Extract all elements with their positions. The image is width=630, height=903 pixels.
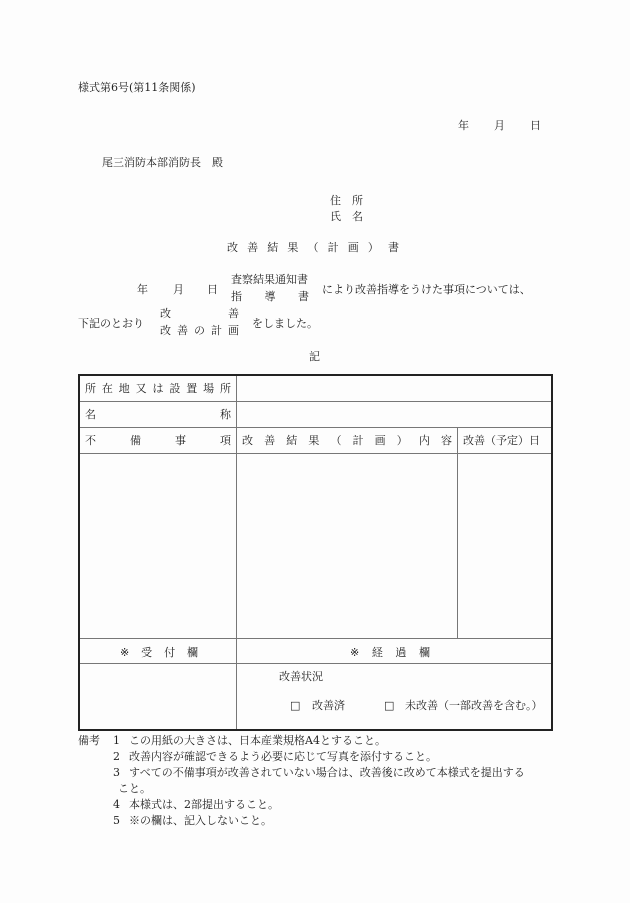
reception-header: ※受付欄 <box>120 647 198 658</box>
address-label: 住 所 <box>330 195 363 206</box>
name-field[interactable] <box>242 409 547 423</box>
row-divider <box>80 401 551 402</box>
name-label: 名称 <box>85 409 231 420</box>
remark-item: 5 ※の欄は、記入しないこと。 <box>78 813 525 829</box>
row-divider <box>80 427 551 428</box>
body-date-year: 年 <box>137 284 148 295</box>
addressee: 尾三消防本部消防長 殿 <box>102 157 223 168</box>
name-label: 氏 名 <box>330 211 363 222</box>
remark-item-continuation: こと。 <box>78 781 525 797</box>
report-table: 所在地又は設置場所 名称 不備事項 改善結果（計画）内容 改善（予定）日 ※受付… <box>78 374 553 731</box>
defects-field[interactable] <box>81 455 235 637</box>
body-date-month: 月 <box>173 284 184 295</box>
action-option-improvement: 改善 <box>160 308 239 319</box>
sentence-1-rest: により改善指導をうけた事項については、 <box>322 284 531 295</box>
col-header-result: 改善結果（計画）内容 <box>242 435 452 446</box>
remarks-section: 備考 1 この用紙の大きさは、日本産業規格A4とすること。 2 改善内容が確認で… <box>78 733 525 829</box>
ki-heading: 記 <box>309 351 320 362</box>
col-divider <box>457 427 458 638</box>
row-divider <box>80 638 551 639</box>
doc-type-option-inspection: 査察結果通知書 <box>231 274 308 285</box>
location-label: 所在地又は設置場所 <box>85 383 231 394</box>
date-field[interactable] <box>459 455 550 637</box>
checkbox-improved[interactable]: □ <box>290 700 300 711</box>
document-title: 改善結果（計画）書 <box>227 242 399 253</box>
body-date-day: 日 <box>207 284 218 295</box>
location-field[interactable] <box>242 383 547 397</box>
remark-item: 備考 1 この用紙の大きさは、日本産業規格A4とすること。 <box>78 733 525 749</box>
action-option-plan: 改善の計画 <box>160 325 239 336</box>
result-field[interactable] <box>238 455 456 637</box>
option-not-improved-label: 未改善（一部改善を含む。） <box>405 700 543 711</box>
improvement-status-label: 改善状況 <box>279 671 323 682</box>
col-header-defects: 不備事項 <box>85 435 231 446</box>
sentence-2-start: 下記のとおり <box>78 318 144 329</box>
date-day-label: 日 <box>530 120 541 131</box>
col-divider <box>236 376 237 729</box>
remark-item: 4 本様式は、2部提出すること。 <box>78 797 525 813</box>
doc-type-option-guidance: 指導書 <box>231 291 309 302</box>
option-improved-label: 改善済 <box>312 700 345 711</box>
progress-header: ※経過欄 <box>350 647 430 658</box>
row-divider <box>80 453 551 454</box>
date-year-label: 年 <box>458 120 469 131</box>
checkbox-not-improved[interactable]: □ <box>384 700 394 711</box>
remark-item: 3 すべての不備事項が改善されていない場合は、改善後に改めて本様式を提出する <box>78 765 525 781</box>
form-number: 様式第6号(第11条関係) <box>78 82 196 93</box>
remark-item: 2 改善内容が確認できるよう必要に応じて写真を添付すること。 <box>78 749 525 765</box>
sentence-2-end: をしました。 <box>252 318 318 329</box>
remarks-label: 備考 <box>78 733 113 749</box>
row-divider <box>80 663 551 664</box>
date-month-label: 月 <box>494 120 505 131</box>
col-header-date: 改善（予定）日 <box>463 435 540 446</box>
